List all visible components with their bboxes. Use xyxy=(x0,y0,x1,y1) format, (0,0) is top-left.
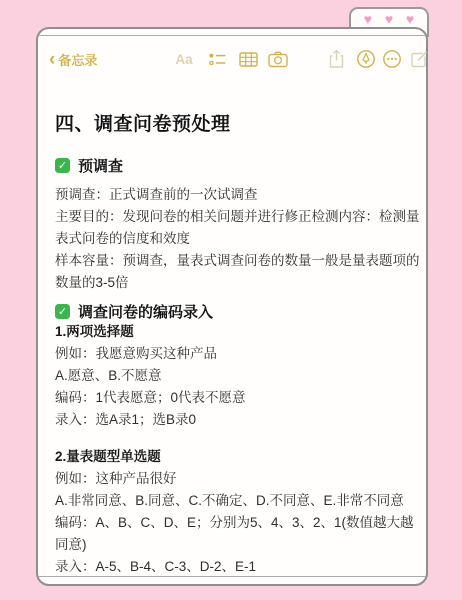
note-line: 数量的3-5倍 xyxy=(55,272,420,294)
section-heading-label: 预调查 xyxy=(78,155,123,176)
note-line: 同意) xyxy=(55,534,420,556)
toolbar: ‹ 备忘录 Aa xyxy=(38,47,426,73)
note-card: ‹ 备忘录 Aa xyxy=(36,27,428,586)
check-icon: ✓ xyxy=(55,304,70,319)
note-line: 编码：A、B、C、D、E；分别为5、4、3、2、1(数值越大越 xyxy=(55,512,420,534)
note-line: A.愿意、B.不愿意 xyxy=(55,365,420,387)
heart-icon: ♥ xyxy=(406,12,414,27)
chevron-left-icon: ‹ xyxy=(49,54,55,66)
note-line: 录入：选A录1；选B录0 xyxy=(55,409,420,431)
back-label: 备忘录 xyxy=(58,50,97,69)
format-icon[interactable]: Aa xyxy=(172,47,196,71)
note-line: A.非常同意、B.同意、C.不确定、D.不同意、E.非常不同意 xyxy=(55,490,420,512)
note-line: 预调查：正式调查前的一次试调查 xyxy=(55,184,420,206)
section-heading-coding-entry: ✓ 调查问卷的编码录入 xyxy=(55,301,420,321)
item-heading: 1.两项选择题 xyxy=(55,321,420,343)
heart-icon: ♥ xyxy=(364,12,372,27)
note-line: 样本容量：预调查，量表式调查问卷的数量一般是量表题项的 xyxy=(55,250,420,272)
table-icon[interactable] xyxy=(236,47,260,71)
more-icon[interactable] xyxy=(380,47,404,71)
section-heading-pre-survey: ✓ 预调查 xyxy=(55,155,420,175)
back-button[interactable]: ‹ 备忘录 xyxy=(49,50,97,69)
markup-pen-icon[interactable] xyxy=(354,47,378,71)
item-heading: 2.量表题型单选题 xyxy=(55,446,420,468)
section-heading-label: 调查问卷的编码录入 xyxy=(78,301,213,322)
note-title: 四、调查问卷预处理 xyxy=(55,109,420,136)
note-line: 主要目的：发现问卷的相关问题并进行修正检测内容：检测量 xyxy=(55,206,420,228)
note-line: 录入：A-5、B-4、C-3、D-2、E-1 xyxy=(55,556,420,578)
camera-icon[interactable] xyxy=(266,47,290,71)
heart-icon: ♥ xyxy=(385,12,393,27)
share-icon[interactable] xyxy=(324,47,348,71)
note-content: 四、调查问卷预处理 ✓ 预调查 预调查：正式调查前的一次试调查 主要目的：发现问… xyxy=(55,109,420,578)
compose-icon[interactable] xyxy=(407,47,431,71)
note-line: 例如：我愿意购买这种产品 xyxy=(55,343,420,365)
note-line: 例如：这种产品很好 xyxy=(55,468,420,490)
checklist-icon[interactable] xyxy=(205,47,229,71)
note-line: 表式问卷的信度和效度 xyxy=(55,228,420,250)
card-inner-line-top xyxy=(38,35,426,36)
note-line: 编码：1代表愿意；0代表不愿意 xyxy=(55,387,420,409)
check-icon: ✓ xyxy=(55,158,70,173)
